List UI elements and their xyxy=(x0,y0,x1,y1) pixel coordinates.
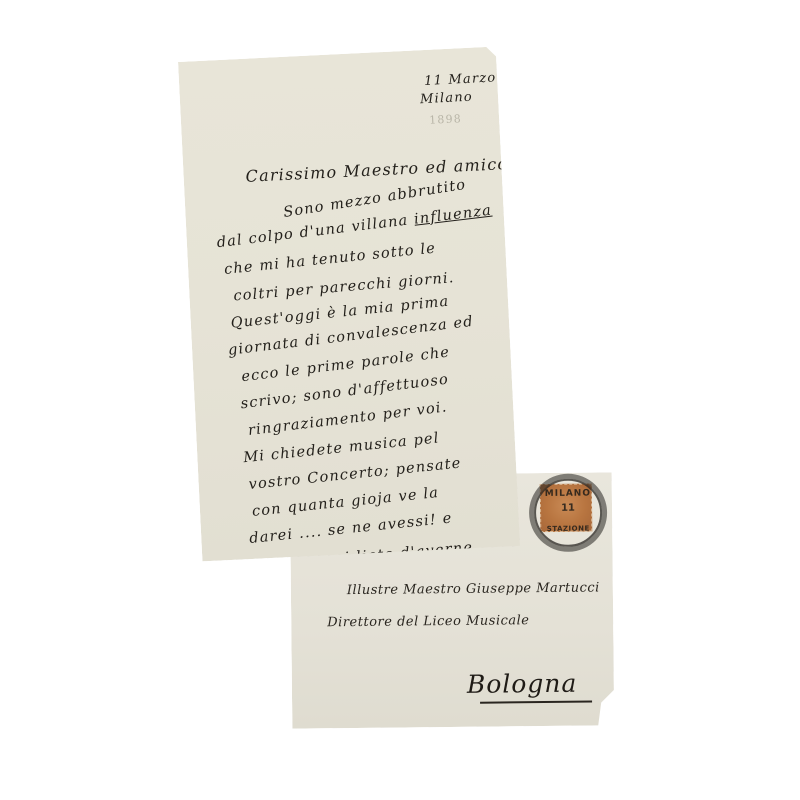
document-photo: MILANO 11 STAZIONE Illustre Maestro Gius… xyxy=(0,0,800,800)
postmark-station: STAZIONE xyxy=(536,524,600,533)
postmark-cancellation: MILANO 11 STAZIONE xyxy=(534,478,603,547)
postmark-city: MILANO xyxy=(536,488,600,499)
city-underline xyxy=(480,701,592,704)
postmark-day: 11 xyxy=(536,502,600,514)
envelope-city: Bologna xyxy=(467,669,578,699)
handwritten-letter: 11 Marzo Milano 1898 Carissimo Maestro e… xyxy=(178,46,520,561)
letter-body: Sono mezzo abbrutitodal colpo d'una vill… xyxy=(178,46,496,62)
envelope-addressee: Illustre Maestro Giuseppe Martucci xyxy=(347,580,600,598)
envelope-title: Direttore del Liceo Musicale xyxy=(327,613,529,630)
underlined-word: influenza xyxy=(413,203,493,228)
archival-year-note: 1898 xyxy=(429,112,462,127)
letter-salutation: Carissimo Maestro ed amico xyxy=(245,154,508,186)
letter-place: Milano xyxy=(420,90,473,108)
letter-date: 11 Marzo xyxy=(424,70,497,89)
